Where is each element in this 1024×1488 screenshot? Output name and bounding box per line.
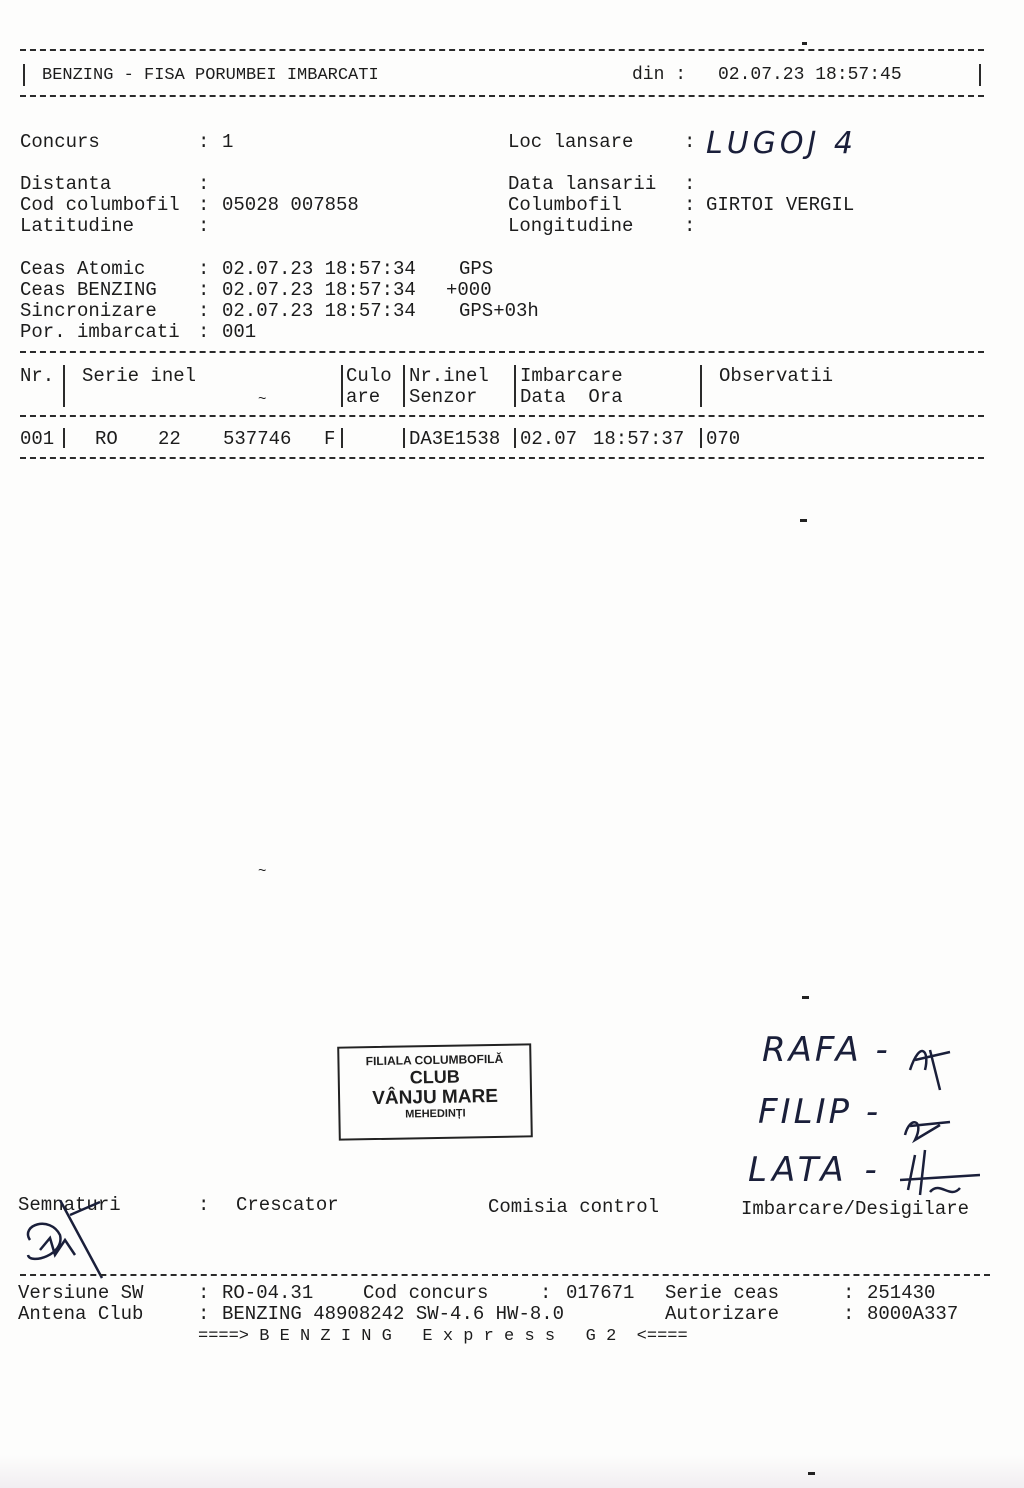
table-bottom-rule	[20, 457, 984, 459]
header-top-rule	[20, 49, 984, 51]
comisia-control-label: Comisia control	[488, 1197, 659, 1218]
col-header-imbarcare-2: Data Ora	[520, 387, 623, 408]
ceas-benzing-colon: :	[198, 280, 209, 301]
por-imbarcati-label: Por. imbarcati	[20, 322, 180, 343]
columbofil-value: GIRTOI VERGIL	[706, 195, 854, 216]
distanta-label: Distanta	[20, 174, 111, 195]
footer-top-rule	[20, 1274, 990, 1276]
loc-lansare-label: Loc lansare	[508, 132, 633, 153]
row-year: 22	[158, 429, 181, 450]
serie-ceas-value: 251430	[867, 1283, 935, 1304]
sincronizare-colon: :	[198, 301, 209, 322]
row-observatii: 070	[706, 429, 740, 450]
print-speck	[800, 519, 807, 522]
handwritten-signer-2: FILIP -	[758, 1092, 881, 1132]
row-sensor: DA3E1538	[409, 429, 500, 450]
ceas-atomic-value: 02.07.23 18:57:34	[222, 259, 416, 280]
print-speck	[802, 996, 809, 999]
header-bottom-rule	[20, 95, 984, 97]
cod-columbofil-label: Cod columbofil	[20, 195, 180, 216]
col-header-observatii: Observatii	[719, 366, 833, 387]
antena-club-value: BENZING 48908242 SW-4.6 HW-8.0	[222, 1304, 564, 1325]
ceas-atomic-note: GPS	[459, 259, 493, 280]
table-top-rule	[20, 351, 984, 353]
tilde-mark: ~	[258, 390, 266, 411]
row-divider	[403, 428, 405, 448]
autorizare-label: Autorizare	[665, 1304, 779, 1325]
ceas-atomic-colon: :	[198, 259, 209, 280]
serie-ceas-label: Serie ceas	[665, 1283, 779, 1304]
data-lansarii-label: Data lansarii	[508, 174, 656, 195]
ceas-benzing-note: +000	[446, 280, 492, 301]
header-date-value: 02.07.23 18:57:45	[718, 65, 902, 86]
header-right-bar	[979, 64, 981, 86]
latitudine-colon: :	[198, 216, 209, 237]
cod-concurs-label: Cod concurs	[363, 1283, 488, 1304]
distanta-colon: :	[198, 174, 209, 195]
row-sex: F	[324, 429, 335, 450]
concurs-value: 1	[222, 132, 233, 153]
longitudine-colon: :	[684, 216, 695, 237]
cod-columbofil-value: 05028 007858	[222, 195, 359, 216]
autorizare-colon: :	[843, 1304, 854, 1325]
sincronizare-note: GPS+03h	[459, 301, 539, 322]
latitudine-label: Latitudine	[20, 216, 134, 237]
semnaturi-colon: :	[198, 1195, 209, 1216]
tilde-mark: ~	[258, 862, 266, 883]
handwritten-signer-1: RAFA -	[762, 1030, 891, 1070]
sincronizare-value: 02.07.23 18:57:34	[222, 301, 416, 322]
antena-club-label: Antena Club	[18, 1304, 143, 1325]
columbofil-colon: :	[684, 195, 695, 216]
initials-signatures-icon	[900, 1030, 980, 1200]
col-divider-senzor	[514, 365, 516, 407]
columbofil-label: Columbofil	[508, 195, 622, 216]
header-left-bar	[23, 64, 25, 86]
row-country: RO	[95, 429, 118, 450]
col-header-imbarcare-1: Imbarcare	[520, 366, 623, 387]
sincronizare-label: Sincronizare	[20, 301, 157, 322]
print-speck	[802, 42, 807, 45]
row-time: 18:57:37	[593, 429, 684, 450]
imbarcare-desigilare-label: Imbarcare/Desigilare	[741, 1199, 969, 1220]
serie-ceas-colon: :	[843, 1283, 854, 1304]
data-lansarii-colon: :	[684, 174, 695, 195]
header-date-label: din :	[632, 65, 686, 86]
por-imbarcati-colon: :	[198, 322, 209, 343]
cod-concurs-value: 017671	[566, 1283, 634, 1304]
col-header-nr-inel-1: Nr.inel	[409, 366, 489, 387]
row-divider	[700, 428, 702, 448]
autorizare-value: 8000A337	[867, 1304, 958, 1325]
col-header-serie-inel: Serie inel	[82, 366, 196, 387]
ceas-atomic-label: Ceas Atomic	[20, 259, 145, 280]
antena-club-colon: :	[198, 1304, 209, 1325]
versiune-sw-colon: :	[198, 1283, 209, 1304]
row-divider	[341, 428, 343, 448]
col-divider-serie	[341, 365, 343, 407]
handwritten-signer-3: LATA -	[748, 1150, 882, 1190]
ceas-benzing-label: Ceas BENZING	[20, 280, 157, 301]
col-divider-nr	[63, 365, 65, 407]
ceas-benzing-value: 02.07.23 18:57:34	[222, 280, 416, 301]
row-divider	[63, 428, 65, 448]
cod-concurs-colon: :	[540, 1283, 551, 1304]
loc-lansare-colon: :	[684, 132, 695, 153]
stamp-line-4: MEHEDINȚI	[340, 1106, 530, 1121]
document-title: BENZING - FISA PORUMBEI IMBARCATI	[42, 65, 379, 86]
concurs-label: Concurs	[20, 132, 100, 153]
club-stamp: FILIALA COLUMBOFILĂ CLUB VÂNJU MARE MEHE…	[337, 1043, 533, 1140]
longitudine-label: Longitudine	[508, 216, 633, 237]
row-divider	[514, 428, 516, 448]
col-header-nr: Nr.	[20, 366, 54, 387]
col-header-nr-inel-2: Senzor	[409, 387, 477, 408]
cod-columbofil-colon: :	[198, 195, 209, 216]
table-header-rule	[20, 415, 984, 417]
col-header-culoare-1: Culo	[346, 366, 392, 387]
row-nr: 001	[20, 429, 54, 450]
row-ring-serial: 537746	[223, 429, 291, 450]
paper-edge-shadow	[0, 1455, 1024, 1488]
col-divider-culoare	[403, 365, 405, 407]
loc-lansare-handwritten: LUGOJ 4	[706, 126, 857, 161]
crescator-label: Crescator	[236, 1195, 339, 1216]
benzing-express-banner: ====> B E N Z I N G E x p r e s s G 2 <=…	[198, 1326, 688, 1347]
col-divider-imbarcare	[700, 365, 702, 407]
por-imbarcati-value: 001	[222, 322, 256, 343]
versiune-sw-label: Versiune SW	[18, 1283, 143, 1304]
versiune-sw-value: RO-04.31	[222, 1283, 313, 1304]
breeder-signature-icon	[20, 1200, 120, 1280]
print-speck	[808, 1472, 815, 1475]
col-header-culoare-2: are	[346, 387, 380, 408]
concurs-colon: :	[198, 132, 209, 153]
row-date: 02.07	[520, 429, 577, 450]
